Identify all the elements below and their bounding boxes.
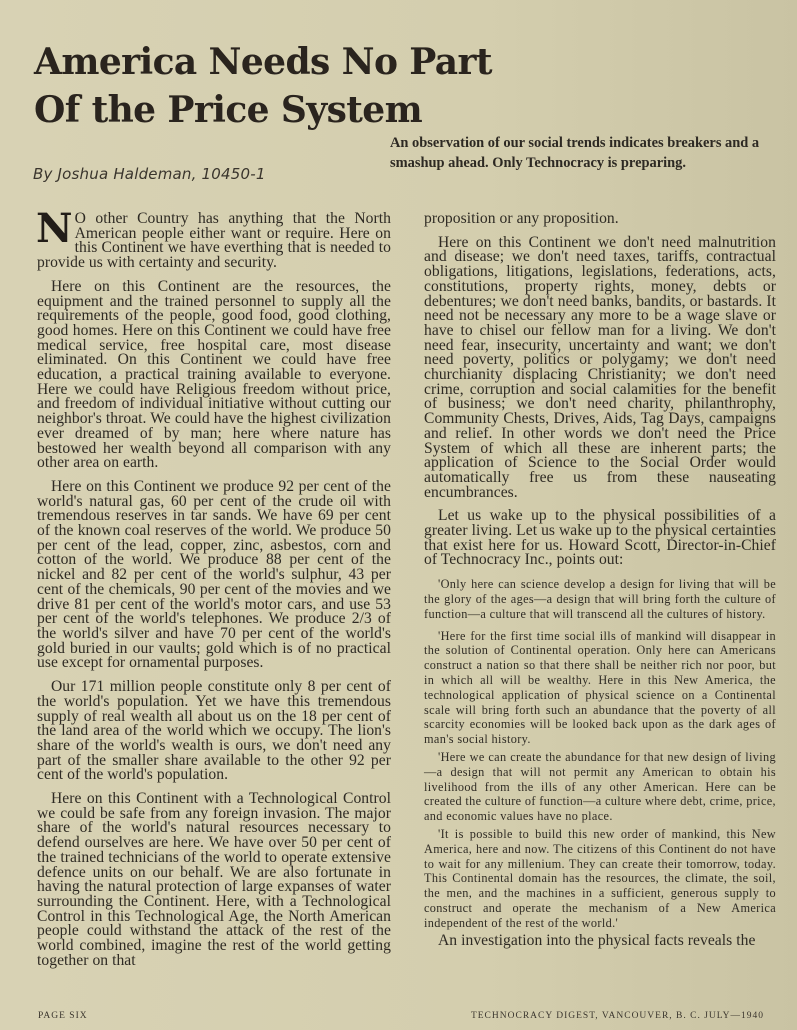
quote-paragraph: 'Here for the first time social ills of … [424, 629, 776, 747]
paragraph: Here on this Continent with a Technologi… [37, 792, 391, 968]
paragraph: Here on this Continent we produce 92 per… [37, 480, 391, 671]
right-column: proposition or any proposition. Here on … [424, 212, 776, 957]
paragraph: Let us wake up to the physical possibili… [424, 509, 776, 568]
byline: By Joshua Haldeman, 10450-1 [33, 165, 266, 183]
closing-paragraph: An investigation into the physical facts… [424, 934, 776, 949]
publication-line: TECHNOCRACY DIGEST, VANCOUVER, B. C. JUL… [471, 1011, 764, 1021]
quote-paragraph: 'Here we can create the abundance for th… [424, 750, 776, 824]
paragraph: Here on this Continent are the resources… [37, 280, 391, 471]
paragraph-text: O other Country has anything that the No… [37, 210, 391, 271]
article-deck: An observation of our social trends indi… [390, 133, 765, 173]
left-column: NO other Country has anything that the N… [37, 212, 391, 977]
paragraph: Our 171 million people constitute only 8… [37, 680, 391, 783]
article-title: America Needs No Part Of the Price Syste… [34, 38, 492, 134]
paragraph: proposition or any proposition. [424, 212, 776, 227]
title-line-1: America Needs No Part [34, 38, 492, 86]
paragraph: Here on this Continent we don't need mal… [424, 236, 776, 501]
quote-paragraph: 'Only here can science develop a design … [424, 577, 776, 621]
quote-paragraph: 'It is possible to build this new order … [424, 827, 776, 931]
page-number: PAGE SIX [38, 1011, 88, 1021]
paragraph: NO other Country has anything that the N… [37, 212, 391, 271]
title-line-2: Of the Price System [34, 86, 492, 134]
drop-cap: N [36, 213, 73, 244]
